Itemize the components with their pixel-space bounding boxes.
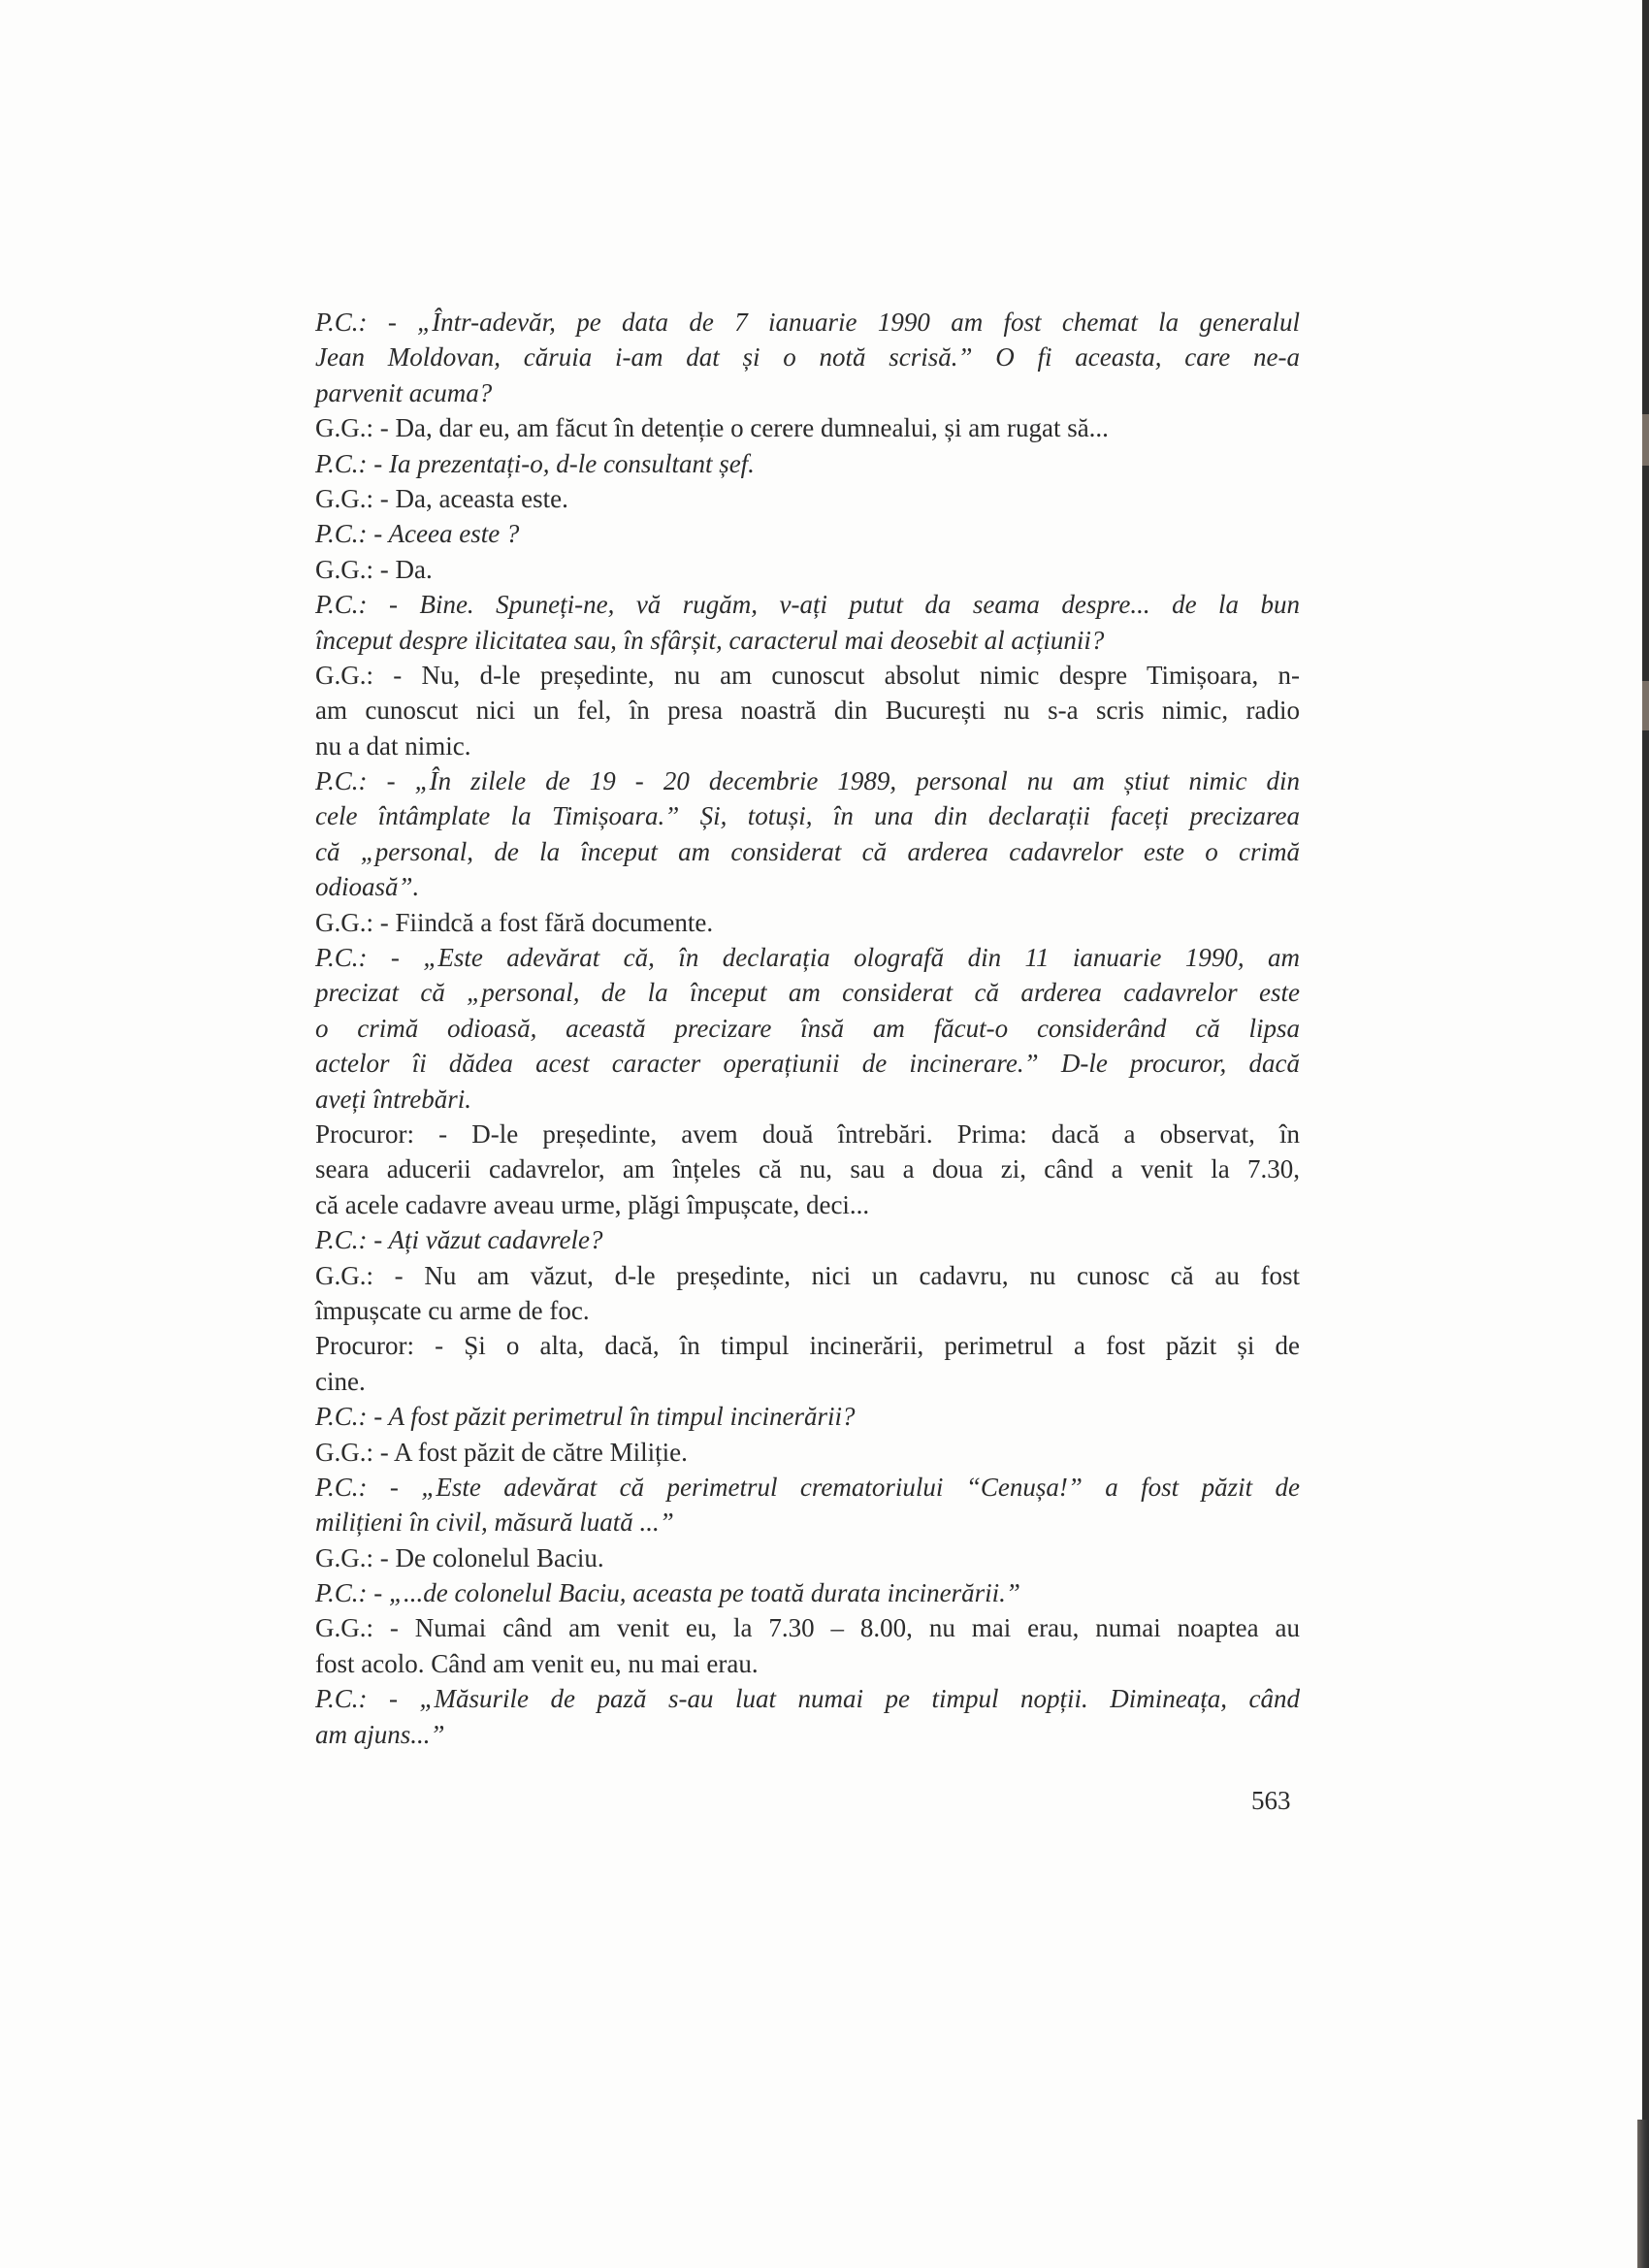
transcript-line: G.G.: - Da, dar eu, am făcut în detenție… [315,410,1300,445]
transcript-line: că acele cadavre aveau urme, plăgi împuș… [315,1187,1300,1222]
document-page: P.C.: - „Într-adevăr, pe data de 7 ianua… [0,0,1649,2268]
transcript-line-court-president: P.C.: - „Este adevărat că, în declarația… [315,940,1300,975]
transcript-line-court-president: precizat că „personal, de la început am … [315,975,1300,1010]
transcript-line-court-president: odioasă”. [315,869,1300,904]
transcript-line-court-president: P.C.: - Bine. Spuneți-ne, vă rugăm, v-aț… [315,587,1300,622]
transcript-line-court-president: P.C.: - A fost păzit perimetrul în timpu… [315,1399,1300,1434]
transcript-line-court-president: P.C.: - „Este adevărat că perimetrul cre… [315,1470,1300,1505]
transcript-line-court-president: parvenit acuma? [315,375,1300,410]
book-edge-lower [1637,2120,1649,2268]
transcript-line-court-president: P.C.: - „...de colonelul Baciu, aceasta … [315,1575,1300,1610]
transcript-line: seara aducerii cadavrelor, am înțeles că… [315,1151,1300,1186]
transcript-line: G.G.: - Nu, d-le președinte, nu am cunos… [315,658,1300,693]
transcript-line-court-president: cele întâmplate la Timișoara.” Și, totuș… [315,798,1300,833]
transcript-line-court-president: P.C.: - Ați văzut cadavrele? [315,1222,1300,1257]
book-edge-band [1642,414,1649,466]
transcript-line-court-president: P.C.: - Ia prezentați-o, d-le consultant… [315,446,1300,481]
transcript-line-court-president: P.C.: - „Într-adevăr, pe data de 7 ianua… [315,305,1300,340]
transcript-line: Procuror: - D-le președinte, avem două î… [315,1117,1300,1151]
transcript-line-court-president: o crimă odioasă, această precizare însă … [315,1011,1300,1046]
transcript-line: am cunoscut nici un fel, în presa noastr… [315,693,1300,728]
transcript-line-court-president: început despre ilicitatea sau, în sfârși… [315,623,1300,658]
transcript-line-court-president: milițieni în civil, măsură luată ...” [315,1505,1300,1539]
transcript-line: G.G.: - De colonelul Baciu. [315,1540,1300,1575]
transcript-line: G.G.: - Fiindcă a fost fără documente. [315,905,1300,940]
transcript-line-court-president: Jean Moldovan, căruia i-am dat și o notă… [315,340,1300,374]
transcript-line-court-president: aveți întrebări. [315,1082,1300,1117]
transcript-line: G.G.: - Da, aceasta este. [315,481,1300,516]
page-number: 563 [1251,1783,1291,1818]
transcript-line: G.G.: - Da. [315,552,1300,587]
transcript-line: împușcate cu arme de foc. [315,1293,1300,1328]
transcript-line: G.G.: - A fost păzit de către Miliție. [315,1435,1300,1470]
transcript-line: cine. [315,1364,1300,1399]
transcript-line: G.G.: - Numai când am venit eu, la 7.30 … [315,1610,1300,1645]
book-edge-band [1642,681,1649,730]
transcript-line-court-president: că „personal, de la început am considera… [315,834,1300,869]
transcript-line: G.G.: - Nu am văzut, d-le președinte, ni… [315,1258,1300,1293]
transcript-line: fost acolo. Când am venit eu, nu mai era… [315,1646,1300,1681]
transcript-line-court-president: P.C.: - „În zilele de 19 - 20 decembrie … [315,763,1300,798]
transcript-body: P.C.: - „Într-adevăr, pe data de 7 ianua… [315,305,1300,1752]
book-edge-strip [1642,0,1649,2120]
transcript-line: nu a dat nimic. [315,729,1300,763]
transcript-line-court-president: P.C.: - Aceea este ? [315,516,1300,551]
transcript-line-court-president: am ajuns...” [315,1717,1300,1752]
transcript-line-court-president: actelor îi dădea acest caracter operațiu… [315,1046,1300,1081]
transcript-line: Procuror: - Și o alta, dacă, în timpul i… [315,1328,1300,1363]
transcript-line-court-president: P.C.: - „Măsurile de pază s-au luat numa… [315,1681,1300,1716]
